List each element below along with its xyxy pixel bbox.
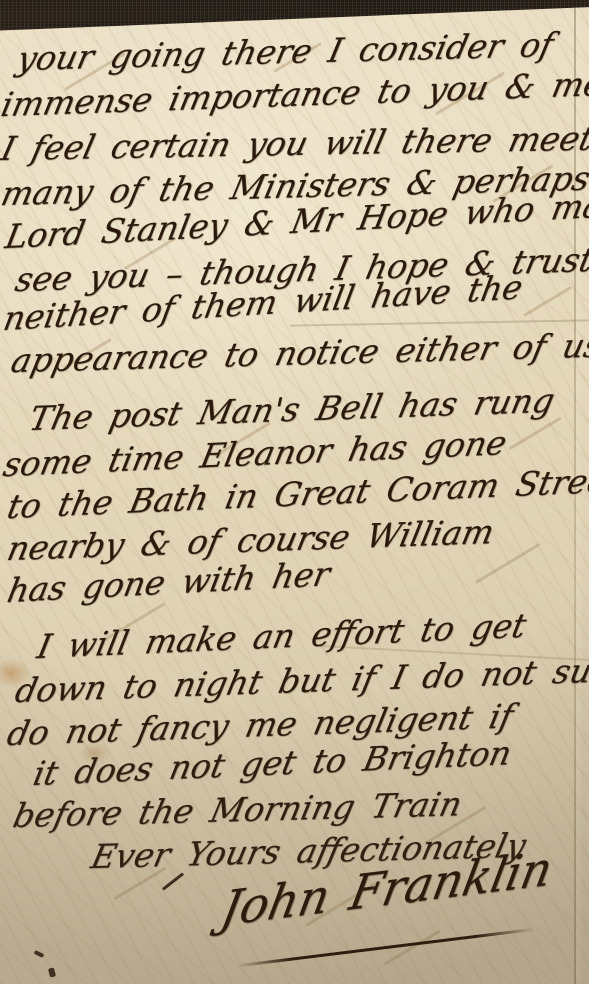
photo-vignette	[0, 0, 589, 984]
letter-paper: your going there I consider of immense i…	[0, 0, 589, 984]
letter-photograph: your going there I consider of immense i…	[0, 0, 589, 984]
